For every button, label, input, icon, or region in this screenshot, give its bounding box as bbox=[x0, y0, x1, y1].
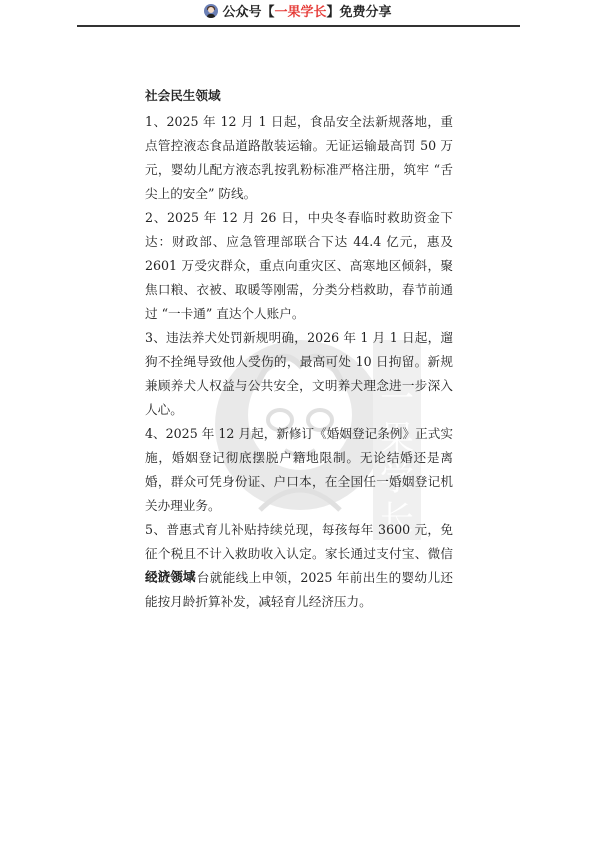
paragraph-item-3: 3、违法养犬处罚新规明确，2026 年 1 月 1 日起，遛狗不拴绳导致他人受伤… bbox=[145, 326, 453, 422]
header-prefix: 公众号【 bbox=[222, 5, 274, 20]
header-divider bbox=[77, 25, 520, 27]
paragraph-item-4: 4、2025 年 12 月起，新修订《婚姻登记条例》正式实施，婚姻登记彻底摆脱户… bbox=[145, 422, 453, 518]
paragraph-item-1: 1、2025 年 12 月 1 日起，食品安全法新规落地，重点管控液态食品道路散… bbox=[145, 110, 453, 206]
document-body: 社会民生领域 1、2025 年 12 月 1 日起，食品安全法新规落地，重点管控… bbox=[145, 86, 453, 614]
cartoon-avatar-icon bbox=[204, 4, 218, 18]
section-title-social: 社会民生领域 bbox=[145, 86, 453, 106]
section-title-economy: 经济领域 bbox=[145, 567, 195, 587]
header-brand: 一果学长 bbox=[274, 5, 326, 20]
page-header: 公众号【一果学长】免费分享 bbox=[0, 0, 596, 26]
header-suffix: 】免费分享 bbox=[327, 5, 392, 20]
paragraph-item-2: 2、2025 年 12 月 26 日，中央冬春临时救助资金下达：财政部、应急管理… bbox=[145, 206, 453, 326]
paragraph-item-5: 5、普惠式育儿补贴持续兑现，每孩每年 3600 元，免征个税且不计入救助收入认定… bbox=[145, 518, 453, 614]
header-banner: 公众号【一果学长】免费分享 bbox=[0, 4, 596, 22]
